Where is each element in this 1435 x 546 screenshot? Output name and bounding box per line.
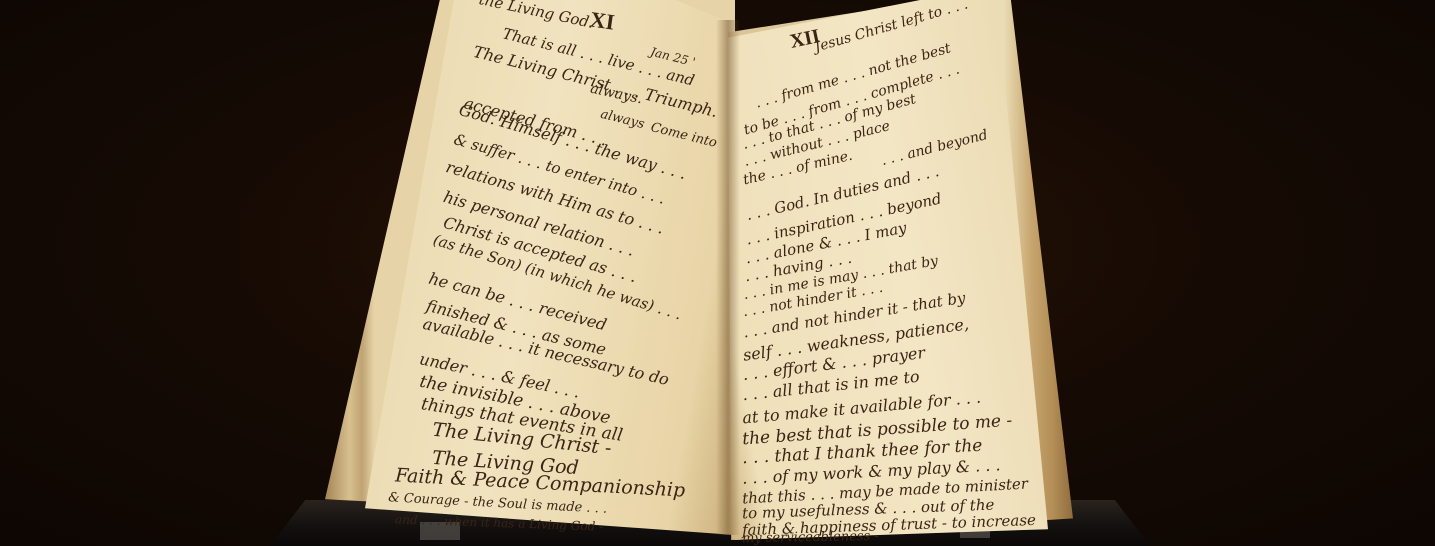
handwritten-line: my serviceableness - [742, 529, 879, 546]
right-page-handwriting: Jesus Christ left to . . . . . . from me… [0, 0, 1435, 546]
photo-scene: XI XII the Living God. Jan 25 ' That is … [0, 0, 1435, 546]
